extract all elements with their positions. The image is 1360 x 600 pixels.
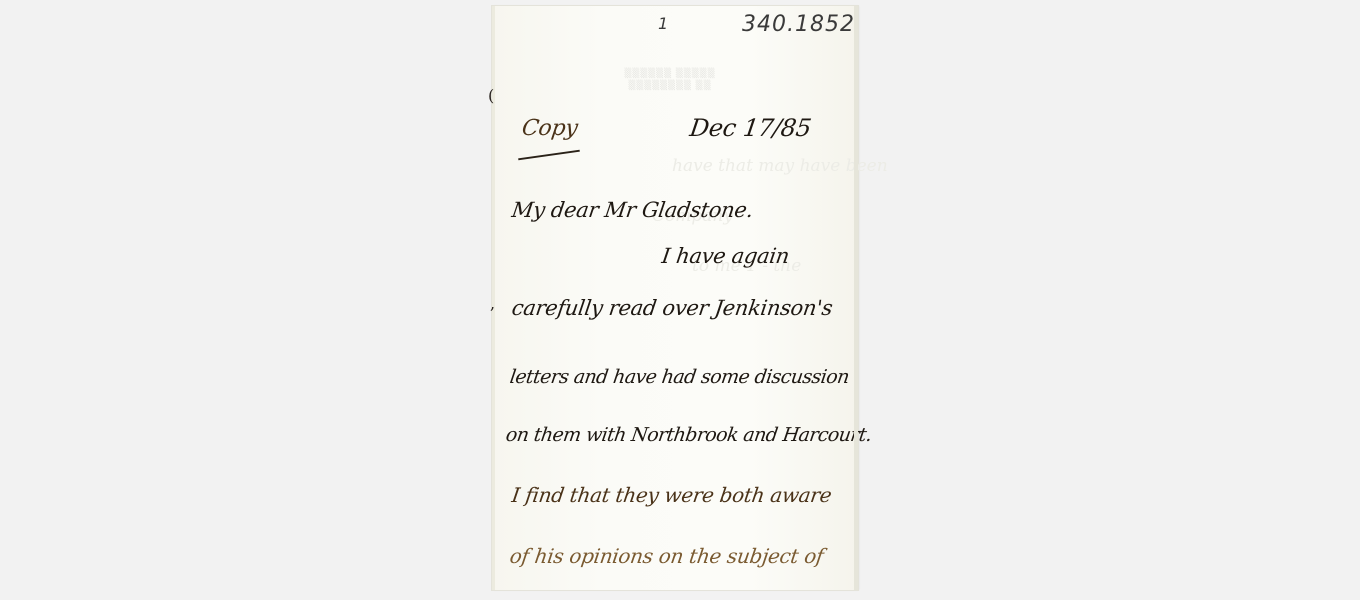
bleed-through-line-1: have that may have been — [672, 156, 888, 176]
copy-annotation: Copy — [520, 116, 579, 141]
body-line-3: letters and have had some discussion — [508, 366, 850, 388]
embossed-letterhead: ▒▒▒▒▒▒ ▒▒▒▒▒ ▒▒▒▒▒▒▒▒ ▒▒ — [610, 68, 730, 92]
letter-date: Dec 17/85 — [688, 114, 813, 142]
letterhead-line-2: ▒▒▒▒▒▒▒▒ ▒▒ — [610, 80, 730, 92]
salutation: My dear Mr Gladstone. — [510, 198, 754, 222]
body-line-5: I find that they were both aware — [510, 483, 833, 507]
letterhead-line-1: ▒▒▒▒▒▒ ▒▒▒▒▒ — [610, 68, 730, 80]
body-line-6: of his opinions on the subject of — [508, 544, 825, 568]
margin-mark-middle: , — [490, 294, 495, 313]
page-number-mark: 1 — [658, 14, 668, 33]
body-line-1: I have again — [660, 244, 790, 268]
letter-page: 1 340.1852 ▒▒▒▒▒▒ ▒▒▒▒▒ ▒▒▒▒▒▒▒▒ ▒▒ ( , … — [492, 6, 858, 590]
body-line-4: on them with Northbrook and Harcourt. — [504, 424, 873, 446]
margin-mark-top: ( — [488, 86, 494, 105]
archive-number: 340.1852 — [742, 12, 855, 37]
copy-underline — [518, 150, 580, 161]
body-line-2: carefully read over Jenkinson's — [510, 296, 834, 320]
